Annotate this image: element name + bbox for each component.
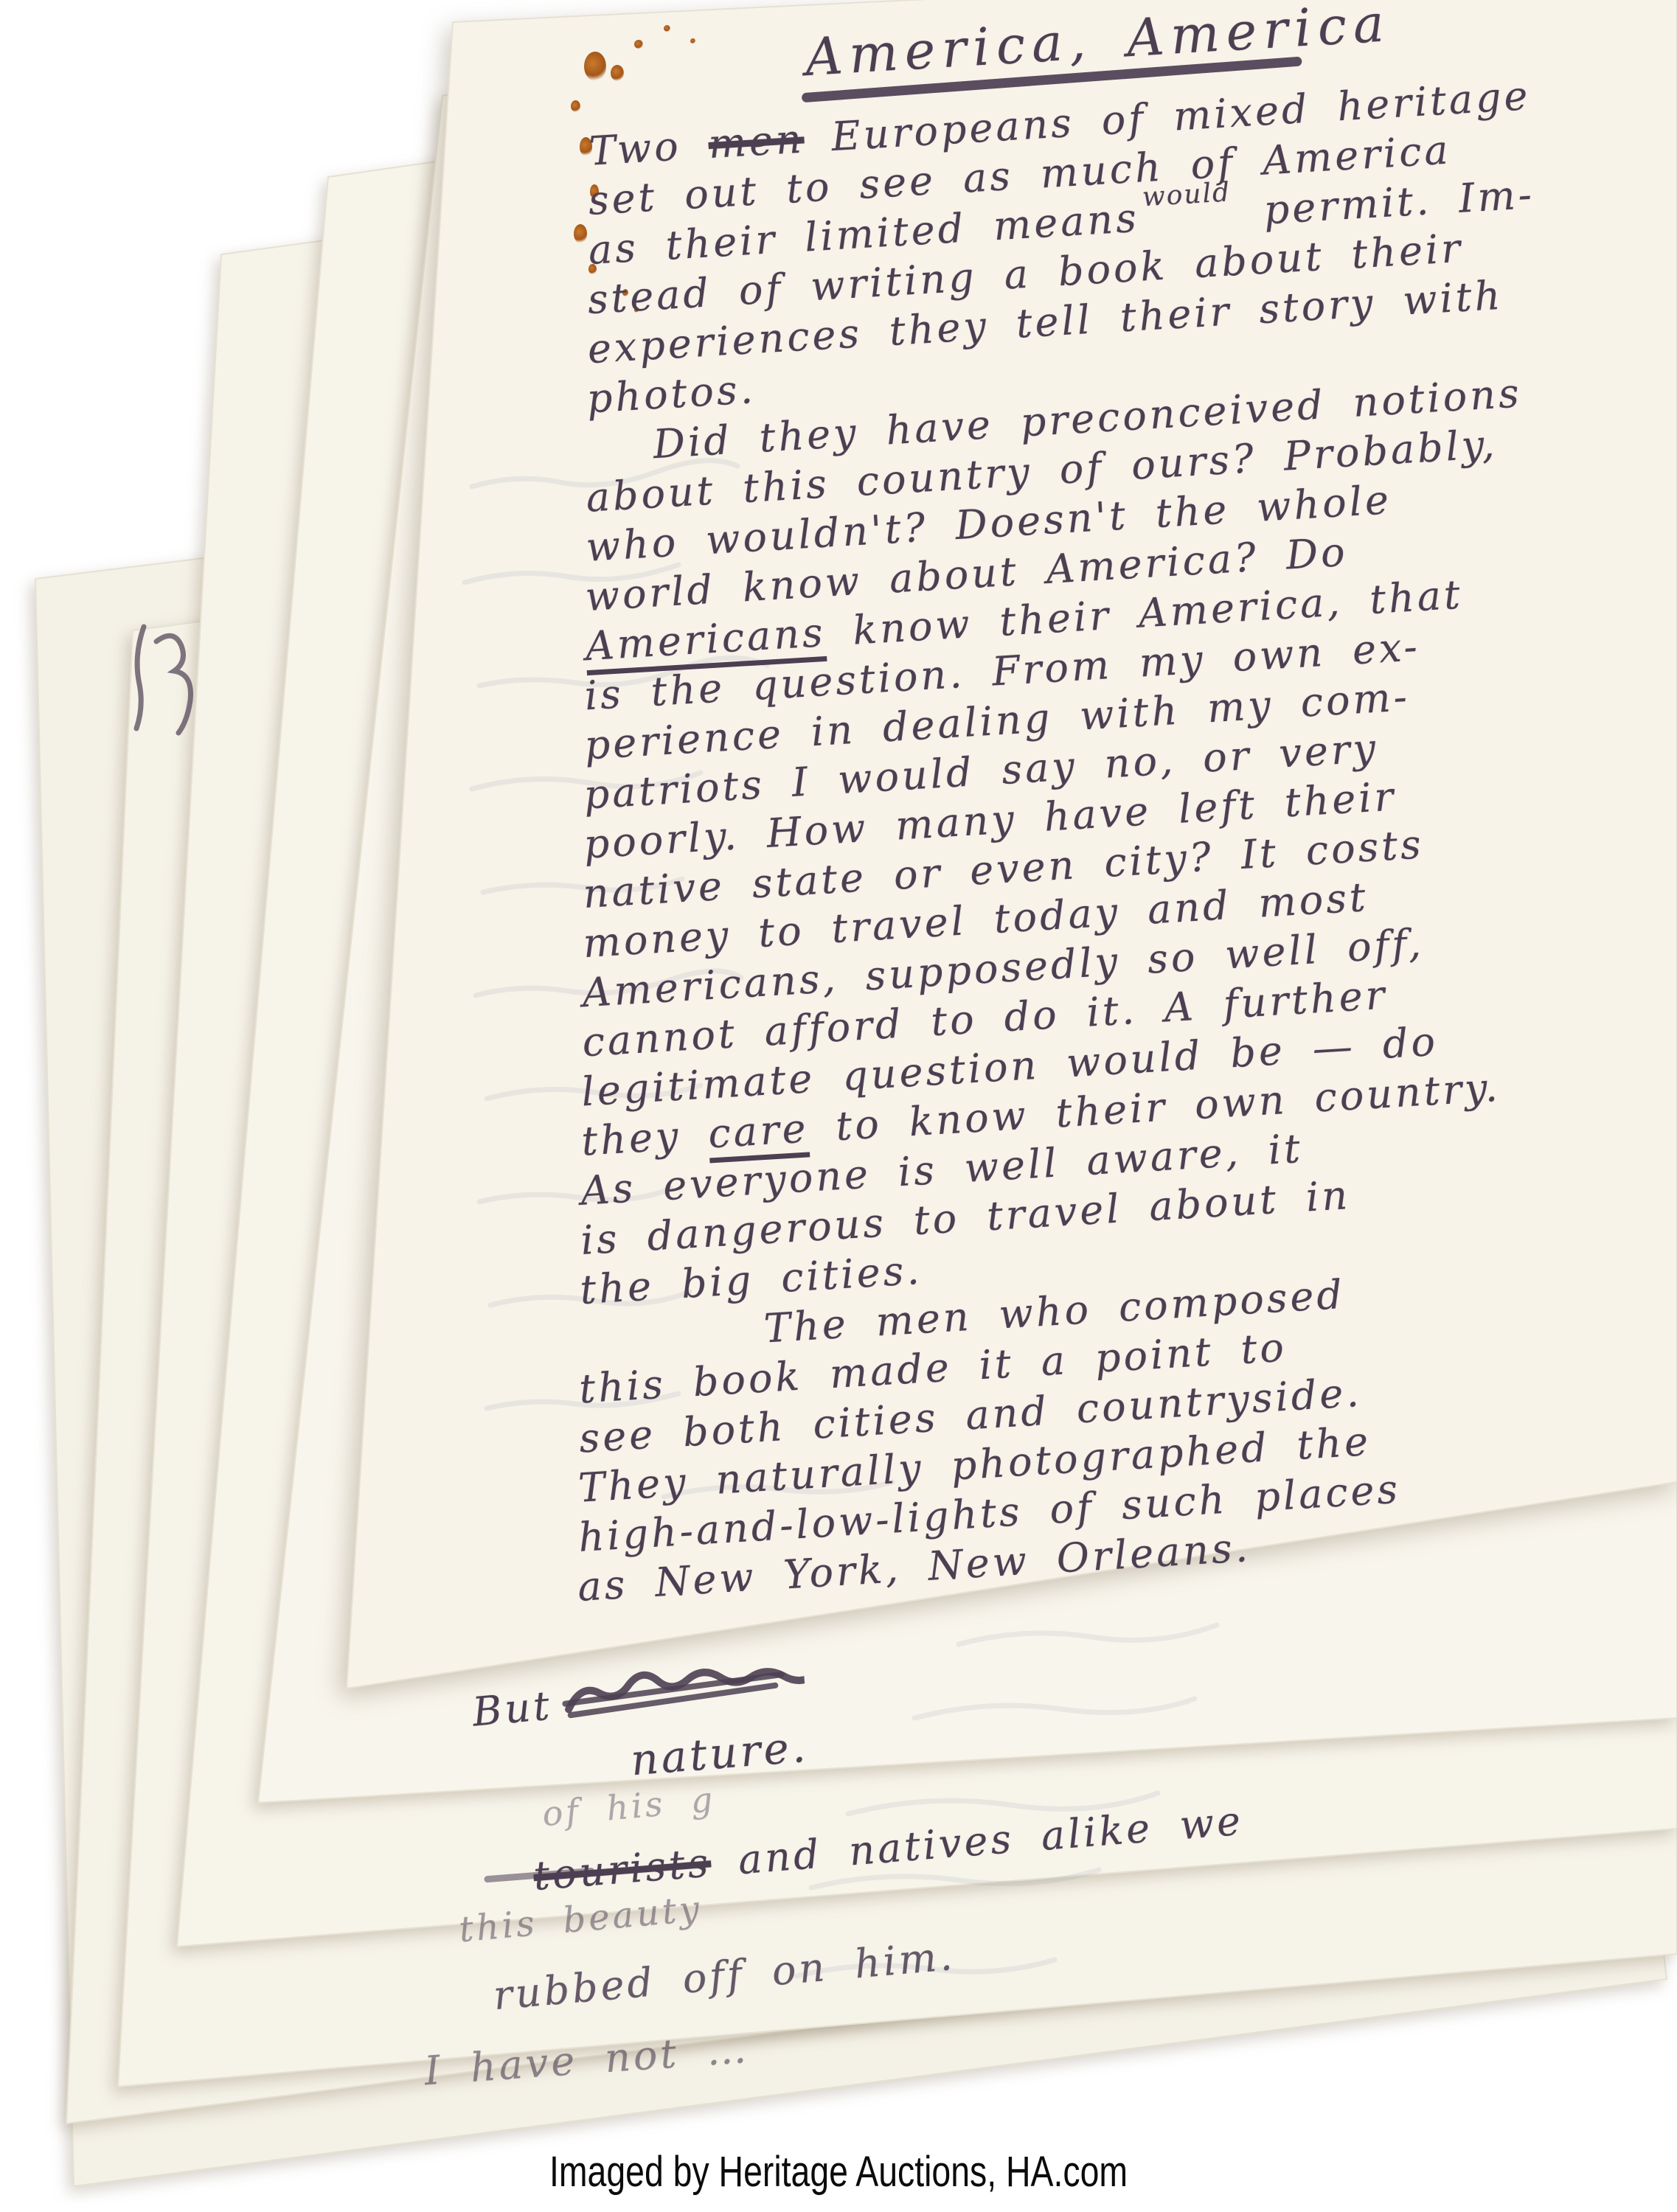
caption-text: Imaged by Heritage Auctions, HA.com <box>549 2147 1128 2197</box>
struck-word: men <box>707 115 805 167</box>
caption-bar: Imaged by Heritage Auctions, HA.com <box>0 2147 1677 2197</box>
manuscript-text: America, America Two men Europeans of mi… <box>583 0 1677 1606</box>
auction-photo: { "sheet_count": 6, "colors": { "ink": "… <box>0 0 1677 2212</box>
inserted-word: would <box>1142 177 1232 212</box>
